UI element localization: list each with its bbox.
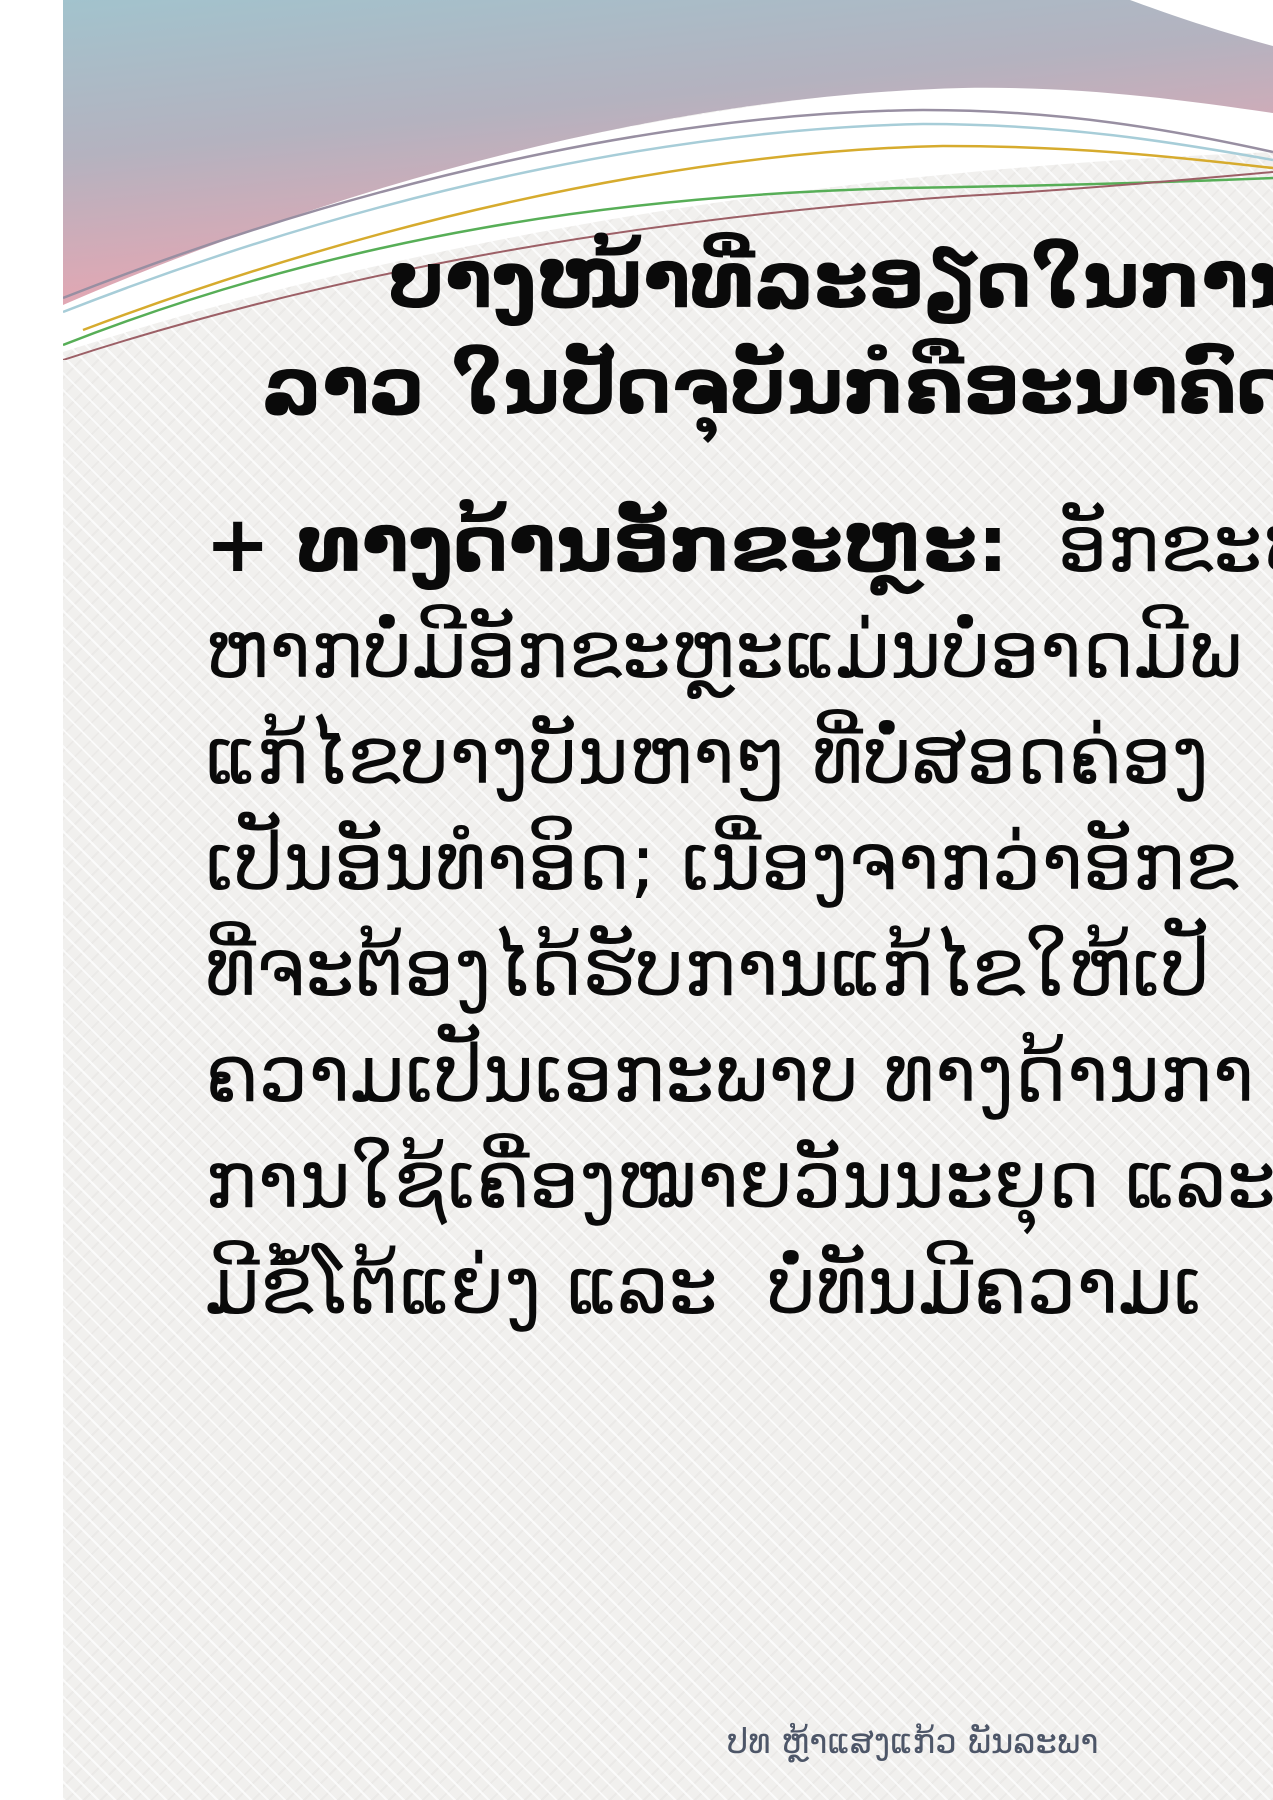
text-line: ແກ້ໄຂບາງບັນຫາໆ ທີ່ບໍ່ສອດຄ່ອງ: [63, 704, 1273, 810]
text-line: ມີຂໍ້ໂຕ້ແຍ່ງ ແລະ ບໍ່ທັນມີຄວາມເ: [63, 1234, 1273, 1340]
text-line: ເປັນອັນທຳອິດ; ເນື່ອງຈາກວ່າອັກຂ: [63, 810, 1273, 916]
detail-paragraph: + ທາງດ້ານອັກຂະຫຼະ: ອັກຂະຫ ຫາກບໍ່ມີອັກຂະຫ…: [63, 492, 1273, 1340]
text-line-heading: + ທາງດ້ານອັກຂະຫຼະ: ອັກຂະຫ: [63, 492, 1273, 598]
intro-paragraph: ບາງໜ້າທີ່ລະອຽດໃນການປ ລາວ ໃນປັດຈຸບັນກໍຄືອ…: [63, 228, 1273, 440]
heading-rest-text: ອັກຂະຫ: [1008, 500, 1273, 590]
text-line: ທີ່ຈະຕ້ອງໄດ້ຮັບການແກ້ໄຂໃຫ້ເປັ: [63, 916, 1273, 1022]
footer-author: ປທ ຫຼ້າແສງແກ້ວ ພັນລະພາ: [663, 1722, 1273, 1762]
text-line: ລາວ ໃນປັດຈຸບັນກໍຄືອະນາຄົດມີດັ່: [63, 334, 1273, 440]
slide-background: ບາງໜ້າທີ່ລະອຽດໃນການປ ລາວ ໃນປັດຈຸບັນກໍຄືອ…: [63, 0, 1273, 1800]
text-line: ການໃຊ້ເຄື່ອງໝາຍວັນນະຍຸດ ແລະ: [63, 1128, 1273, 1234]
heading-bold-text: + ທາງດ້ານອັກຂະຫຼະ:: [205, 500, 1008, 590]
text-line: ຫາກບໍ່ມີອັກຂະຫຼະແມ່ນບໍ່ອາດມີພ: [63, 598, 1273, 704]
text-line: ບາງໜ້າທີ່ລະອຽດໃນການປ: [63, 228, 1273, 334]
text-line: ຄວາມເປັນເອກະພາບ ທາງດ້ານກາ: [63, 1022, 1273, 1128]
